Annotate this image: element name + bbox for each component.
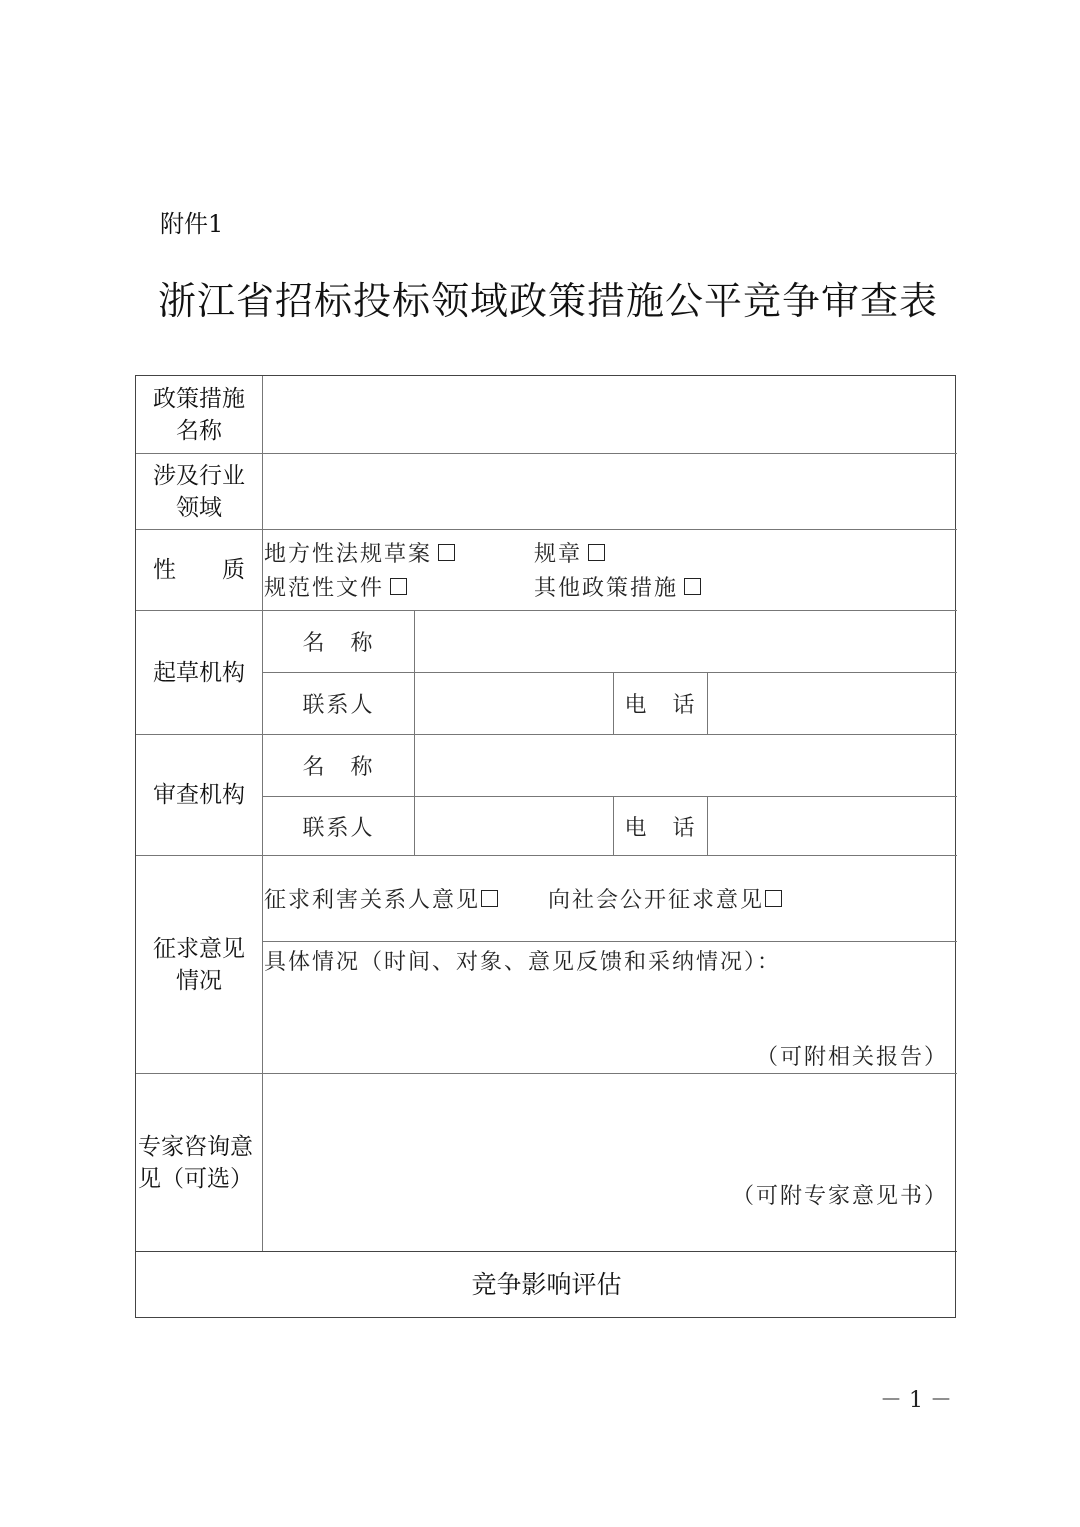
review-org-contact-label: 联系人 (263, 797, 414, 855)
review-org-phone-field[interactable] (708, 797, 957, 855)
checkbox[interactable] (438, 544, 455, 561)
drafting-org-name-field[interactable] (415, 611, 957, 672)
expert-opinion-label: 专家咨询意见（可选） (136, 1074, 262, 1251)
review-org-label: 审查机构 (136, 735, 262, 855)
review-org-phone-label: 电 话 (614, 797, 707, 855)
drafting-org-phone-field[interactable] (708, 673, 957, 734)
checkbox[interactable] (588, 544, 605, 561)
option-label: 规范性文件 (264, 571, 384, 602)
checkbox[interactable] (390, 578, 407, 595)
consultation-label: 征求意见情况 (136, 856, 262, 1073)
checkbox[interactable] (765, 890, 782, 907)
nature-option-normative-document[interactable]: 规范性文件 (264, 570, 534, 602)
page-number: － 1 － (880, 1383, 952, 1414)
option-label: 向社会公开征求意见 (548, 883, 764, 914)
drafting-org-contact-field[interactable] (415, 673, 613, 734)
checkbox[interactable] (481, 890, 498, 907)
consultation-option-public[interactable]: 向社会公开征求意见 (548, 856, 848, 941)
drafting-org-name-label: 名 称 (263, 611, 414, 672)
attachment-label: 附件1 (160, 204, 223, 239)
competition-impact-heading: 竞争影响评估 (136, 1252, 957, 1318)
expert-opinion-field[interactable] (263, 1074, 957, 1174)
consultation-details-label: 具体情况（时间、对象、意见反馈和采纳情况）： (264, 942, 954, 978)
review-form: 政策措施名称 涉及行业领域 性 质 地方性法规草案 规章 规范性文件 其他政策措… (135, 375, 956, 1318)
option-label: 征求利害关系人意见 (264, 883, 480, 914)
nature-option-local-regulation[interactable]: 地方性法规草案 (264, 536, 534, 568)
nature-option-other-policy[interactable]: 其他政策措施 (534, 570, 834, 602)
policy-name-field[interactable] (263, 376, 957, 453)
drafting-org-label: 起草机构 (136, 611, 262, 734)
option-label: 其他政策措施 (534, 571, 678, 602)
policy-name-label: 政策措施名称 (136, 376, 262, 453)
nature-option-rules[interactable]: 规章 (534, 536, 794, 568)
review-org-name-label: 名 称 (263, 735, 414, 796)
industry-label: 涉及行业领域 (136, 454, 262, 529)
review-org-name-field[interactable] (415, 735, 957, 796)
drafting-org-contact-label: 联系人 (263, 673, 414, 734)
option-label: 地方性法规草案 (264, 537, 432, 568)
consultation-details-note: （可附相关报告） (636, 1040, 948, 1070)
consultation-option-stakeholders[interactable]: 征求利害关系人意见 (264, 856, 554, 941)
consultation-details-field[interactable] (263, 978, 957, 1038)
nature-label: 性 质 (136, 530, 262, 610)
expert-opinion-note: （可附专家意见书） (636, 1179, 948, 1209)
review-org-contact-field[interactable] (415, 797, 613, 855)
page-title: 浙江省招标投标领域政策措施公平竞争审查表 (158, 270, 938, 325)
industry-field[interactable] (263, 454, 957, 529)
checkbox[interactable] (684, 578, 701, 595)
option-label: 规章 (534, 537, 582, 568)
drafting-org-phone-label: 电 话 (614, 673, 707, 734)
